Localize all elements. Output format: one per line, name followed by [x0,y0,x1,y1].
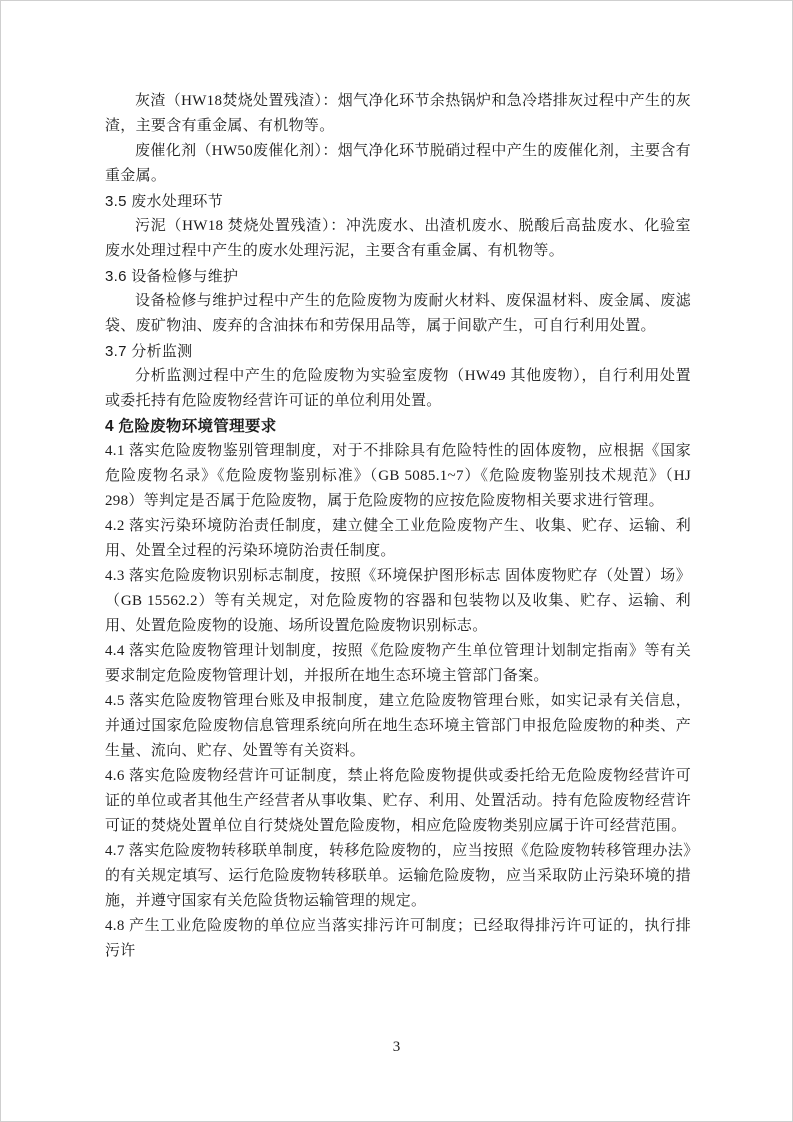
chapter-heading-4: 4 危险废物环境管理要求 [105,414,691,439]
paragraph-4-4: 4.4 落实危险废物管理计划制度，按照《危险废物产生单位管理计划制定指南》等有关… [105,639,691,689]
paragraph-4-5: 4.5 落实危险废物管理台账及申报制度，建立危险废物管理台账，如实记录有关信息，… [105,689,691,764]
section-heading-3-7: 3.7 分析监测 [105,339,691,364]
paragraph-4-6: 4.6 落实危险废物经营许可证制度，禁止将危险废物提供或委托给无危险废物经营许可… [105,764,691,839]
paragraph-4-1: 4.1 落实危险废物鉴别管理制度，对于不排除具有危险特性的固体废物，应根据《国家… [105,439,691,514]
document-page: 灰渣（HW18焚烧处置残渣）：烟气净化环节余热锅炉和急冷塔排灰过程中产生的灰渣，… [0,0,793,1122]
document-body: 灰渣（HW18焚烧处置残渣）：烟气净化环节余热锅炉和急冷塔排灰过程中产生的灰渣，… [105,89,691,964]
paragraph-spent-catalyst: 废催化剂（HW50废催化剂）：烟气净化环节脱硝过程中产生的废催化剂，主要含有重金… [105,139,691,189]
section-heading-3-5: 3.5 废水处理环节 [105,189,691,214]
page-number: 3 [1,1039,792,1056]
paragraph-analysis-monitoring: 分析监测过程中产生的危险废物为实验室废物（HW49 其他废物），自行利用处置或委… [105,364,691,414]
paragraph-equipment-maintenance: 设备检修与维护过程中产生的危险废物为废耐火材料、废保温材料、废金属、废滤袋、废矿… [105,289,691,339]
paragraph-4-8: 4.8 产生工业危险废物的单位应当落实排污许可制度；已经取得排污许可证的，执行排… [105,914,691,964]
paragraph-sludge: 污泥（HW18 焚烧处置残渣）：冲洗废水、出渣机废水、脱酸后高盐废水、化验室废水… [105,214,691,264]
section-heading-3-6: 3.6 设备检修与维护 [105,264,691,289]
paragraph-4-2: 4.2 落实污染环境防治责任制度，建立健全工业危险废物产生、收集、贮存、运输、利… [105,514,691,564]
paragraph-ash-residue: 灰渣（HW18焚烧处置残渣）：烟气净化环节余热锅炉和急冷塔排灰过程中产生的灰渣，… [105,89,691,139]
paragraph-4-7: 4.7 落实危险废物转移联单制度，转移危险废物的，应当按照《危险废物转移管理办法… [105,839,691,914]
paragraph-4-3: 4.3 落实危险废物识别标志制度，按照《环境保护图形标志 固体废物贮存（处置）场… [105,564,691,639]
